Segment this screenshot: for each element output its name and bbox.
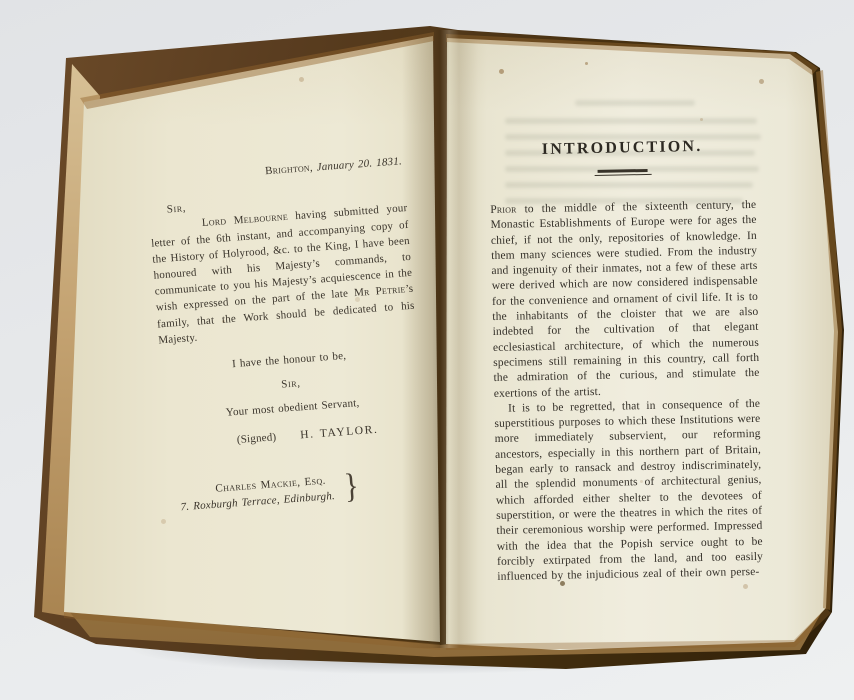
photo-of-open-antique-book: Brighton, January 20. 1831. Sir, Lord Me… xyxy=(0,0,854,700)
dateline-place: Brighton, xyxy=(265,162,314,177)
dedication-letter: Brighton, January 20. 1831. Sir, Lord Me… xyxy=(146,153,429,516)
signature-row: (Signed) H. TAYLOR. xyxy=(191,418,424,451)
divider-rule-thin xyxy=(594,174,651,176)
paragraph-text: to the middle of the sixteenth century, … xyxy=(490,199,759,400)
intro-paragraph-1: Prior to the middle of the sixteenth cen… xyxy=(490,198,760,402)
dateline-date: January 20. 1831. xyxy=(312,155,402,174)
signed-label: (Signed) xyxy=(236,429,277,448)
letter-body-smallcaps-name: Lord Melbourne xyxy=(201,211,288,229)
letter-body: Lord Melbourne having submitted your let… xyxy=(149,200,416,348)
paragraph-lead-smallcaps: Prior xyxy=(490,203,516,216)
signature: H. TAYLOR. xyxy=(300,421,379,443)
page-title: INTRODUCTION. xyxy=(489,137,755,160)
foxing-specks xyxy=(0,0,3,3)
intro-paragraph-2: It is to be regretted, that in consequen… xyxy=(494,397,763,586)
letter-body-smallcaps-name-2: Mr Petrie xyxy=(354,284,406,300)
introduction-section: INTRODUCTION. Prior to the middle of the… xyxy=(489,137,763,585)
curly-brace-glyph: } xyxy=(343,469,360,504)
section-divider-rule xyxy=(594,169,652,176)
divider-rule-thick xyxy=(598,169,648,173)
